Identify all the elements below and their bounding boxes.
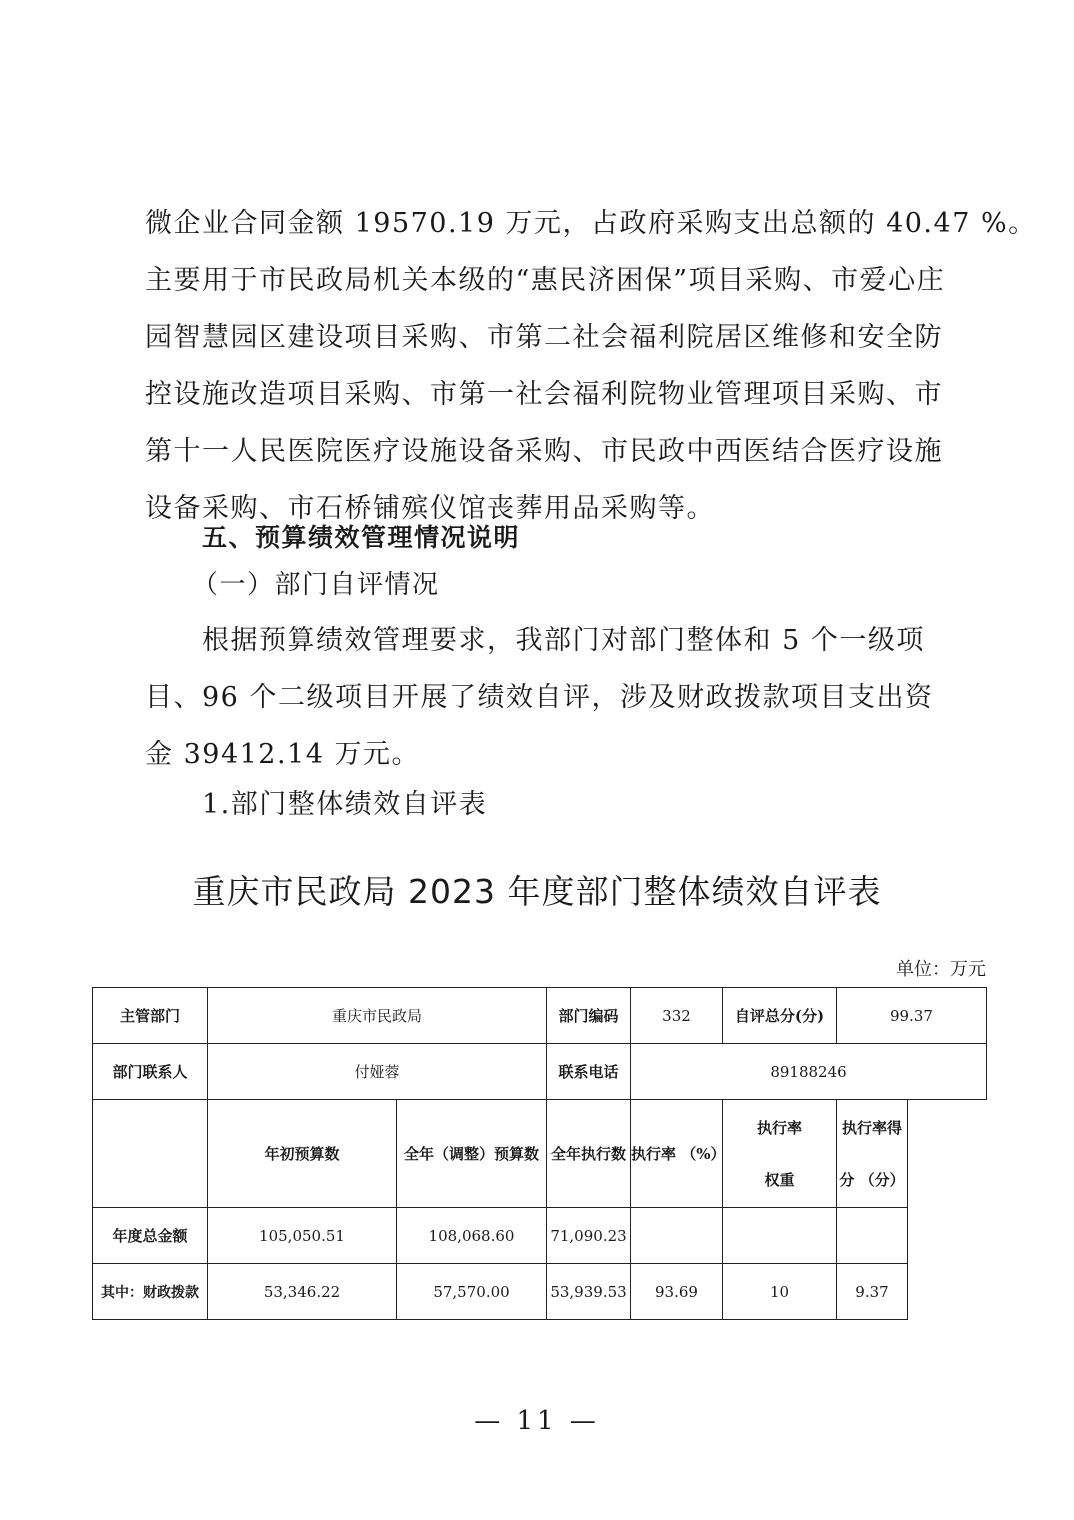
phone-label: 联系电话 — [547, 1044, 631, 1100]
header-rate-weight: 执行率 权重 — [723, 1100, 837, 1208]
code-label: 部门编码 — [547, 988, 631, 1044]
cell-score: 9.37 — [837, 1264, 908, 1320]
page-number: — 11 — — [0, 1406, 1074, 1436]
cell-rate — [631, 1208, 723, 1264]
table-row: 主管部门 重庆市民政局 部门编码 332 自评总分(分) 99.37 — [93, 988, 987, 1044]
header-annual-execution: 全年执行数 — [547, 1100, 631, 1208]
contact-label: 部门联系人 — [93, 1044, 208, 1100]
cell-score — [837, 1208, 908, 1264]
score-label: 自评总分(分) — [723, 988, 837, 1044]
row-label: 年度总金额 — [93, 1208, 208, 1264]
table-title: 重庆市民政局 2023 年度部门整体绩效自评表 — [0, 866, 1074, 913]
header-rate-score-line1: 执行率得 — [837, 1102, 907, 1154]
item-label: 1.部门整体绩效自评表 — [202, 776, 1002, 833]
header-rate-weight-line2: 权重 — [723, 1154, 836, 1206]
subsection-heading: （一）部门自评情况 — [192, 557, 992, 614]
text-line: 第十一人民医院医疗设施设备采购、市民政中西医结合医疗设施 — [145, 423, 945, 480]
text-line: 主要用于市民政局机关本级的“惠民济困保”项目采购、市爱心庄 — [145, 252, 945, 309]
header-adjusted-budget: 全年（调整）预算数 — [397, 1100, 547, 1208]
header-execution-rate: 执行率 （%） — [631, 1100, 723, 1208]
cell-adjusted: 108,068.60 — [397, 1208, 547, 1264]
table-row: 部门联系人 付娅蓉 联系电话 89188246 — [93, 1044, 987, 1100]
text-line: 目、96 个二级项目开展了绩效自评，涉及财政拨款项目支出资 — [145, 669, 945, 726]
header-rate-score: 执行率得 分 （分） — [837, 1100, 908, 1208]
dept-label: 主管部门 — [93, 988, 208, 1044]
row-label: 其中：财政拨款 — [93, 1264, 208, 1320]
cell-weight: 10 — [723, 1264, 837, 1320]
unit-label: 单位：万元 — [896, 955, 986, 981]
table-header-row: 年初预算数 全年（调整）预算数 全年执行数 执行率 （%） 执行率 权重 执行率… — [93, 1100, 987, 1208]
text-line: 金 39412.14 万元。 — [145, 726, 945, 783]
header-rate-weight-line1: 执行率 — [723, 1102, 836, 1154]
paragraph-self-evaluation: 根据预算绩效管理要求，我部门对部门整体和 5 个一级项 目、96 个二级项目开展… — [145, 612, 945, 783]
cell-executed: 53,939.53 — [547, 1264, 631, 1320]
cell-executed: 71,090.23 — [547, 1208, 631, 1264]
table-row: 年度总金额 105,050.51 108,068.60 71,090.23 — [93, 1208, 987, 1264]
cell-adjusted: 57,570.00 — [397, 1264, 547, 1320]
header-rate-score-line2: 分 （分） — [837, 1154, 907, 1206]
phone-value: 89188246 — [631, 1044, 987, 1100]
cell-initial: 105,050.51 — [208, 1208, 397, 1264]
cell-initial: 53,346.22 — [208, 1264, 397, 1320]
cell-weight — [723, 1208, 837, 1264]
paragraph-procurement: 微企业合同金额 19570.19 万元，占政府采购支出总额的 40.47 %。 … — [145, 195, 945, 537]
header-initial-budget: 年初预算数 — [208, 1100, 397, 1208]
text-line: 控设施改造项目采购、市第一社会福利院物业管理项目采购、市 — [145, 366, 945, 423]
code-value: 332 — [631, 988, 723, 1044]
cell-rate: 93.69 — [631, 1264, 723, 1320]
header-blank — [93, 1100, 208, 1208]
score-value: 99.37 — [837, 988, 987, 1044]
contact-value: 付娅蓉 — [208, 1044, 547, 1100]
text-line: 微企业合同金额 19570.19 万元，占政府采购支出总额的 40.47 %。 — [145, 195, 945, 252]
table-row: 其中：财政拨款 53,346.22 57,570.00 53,939.53 93… — [93, 1264, 987, 1320]
text-line: 园智慧园区建设项目采购、市第二社会福利院居区维修和安全防 — [145, 309, 945, 366]
dept-value: 重庆市民政局 — [208, 988, 547, 1044]
evaluation-table: 主管部门 重庆市民政局 部门编码 332 自评总分(分) 99.37 部门联系人… — [92, 987, 987, 1320]
text-line: 根据预算绩效管理要求，我部门对部门整体和 5 个一级项 — [145, 612, 945, 669]
